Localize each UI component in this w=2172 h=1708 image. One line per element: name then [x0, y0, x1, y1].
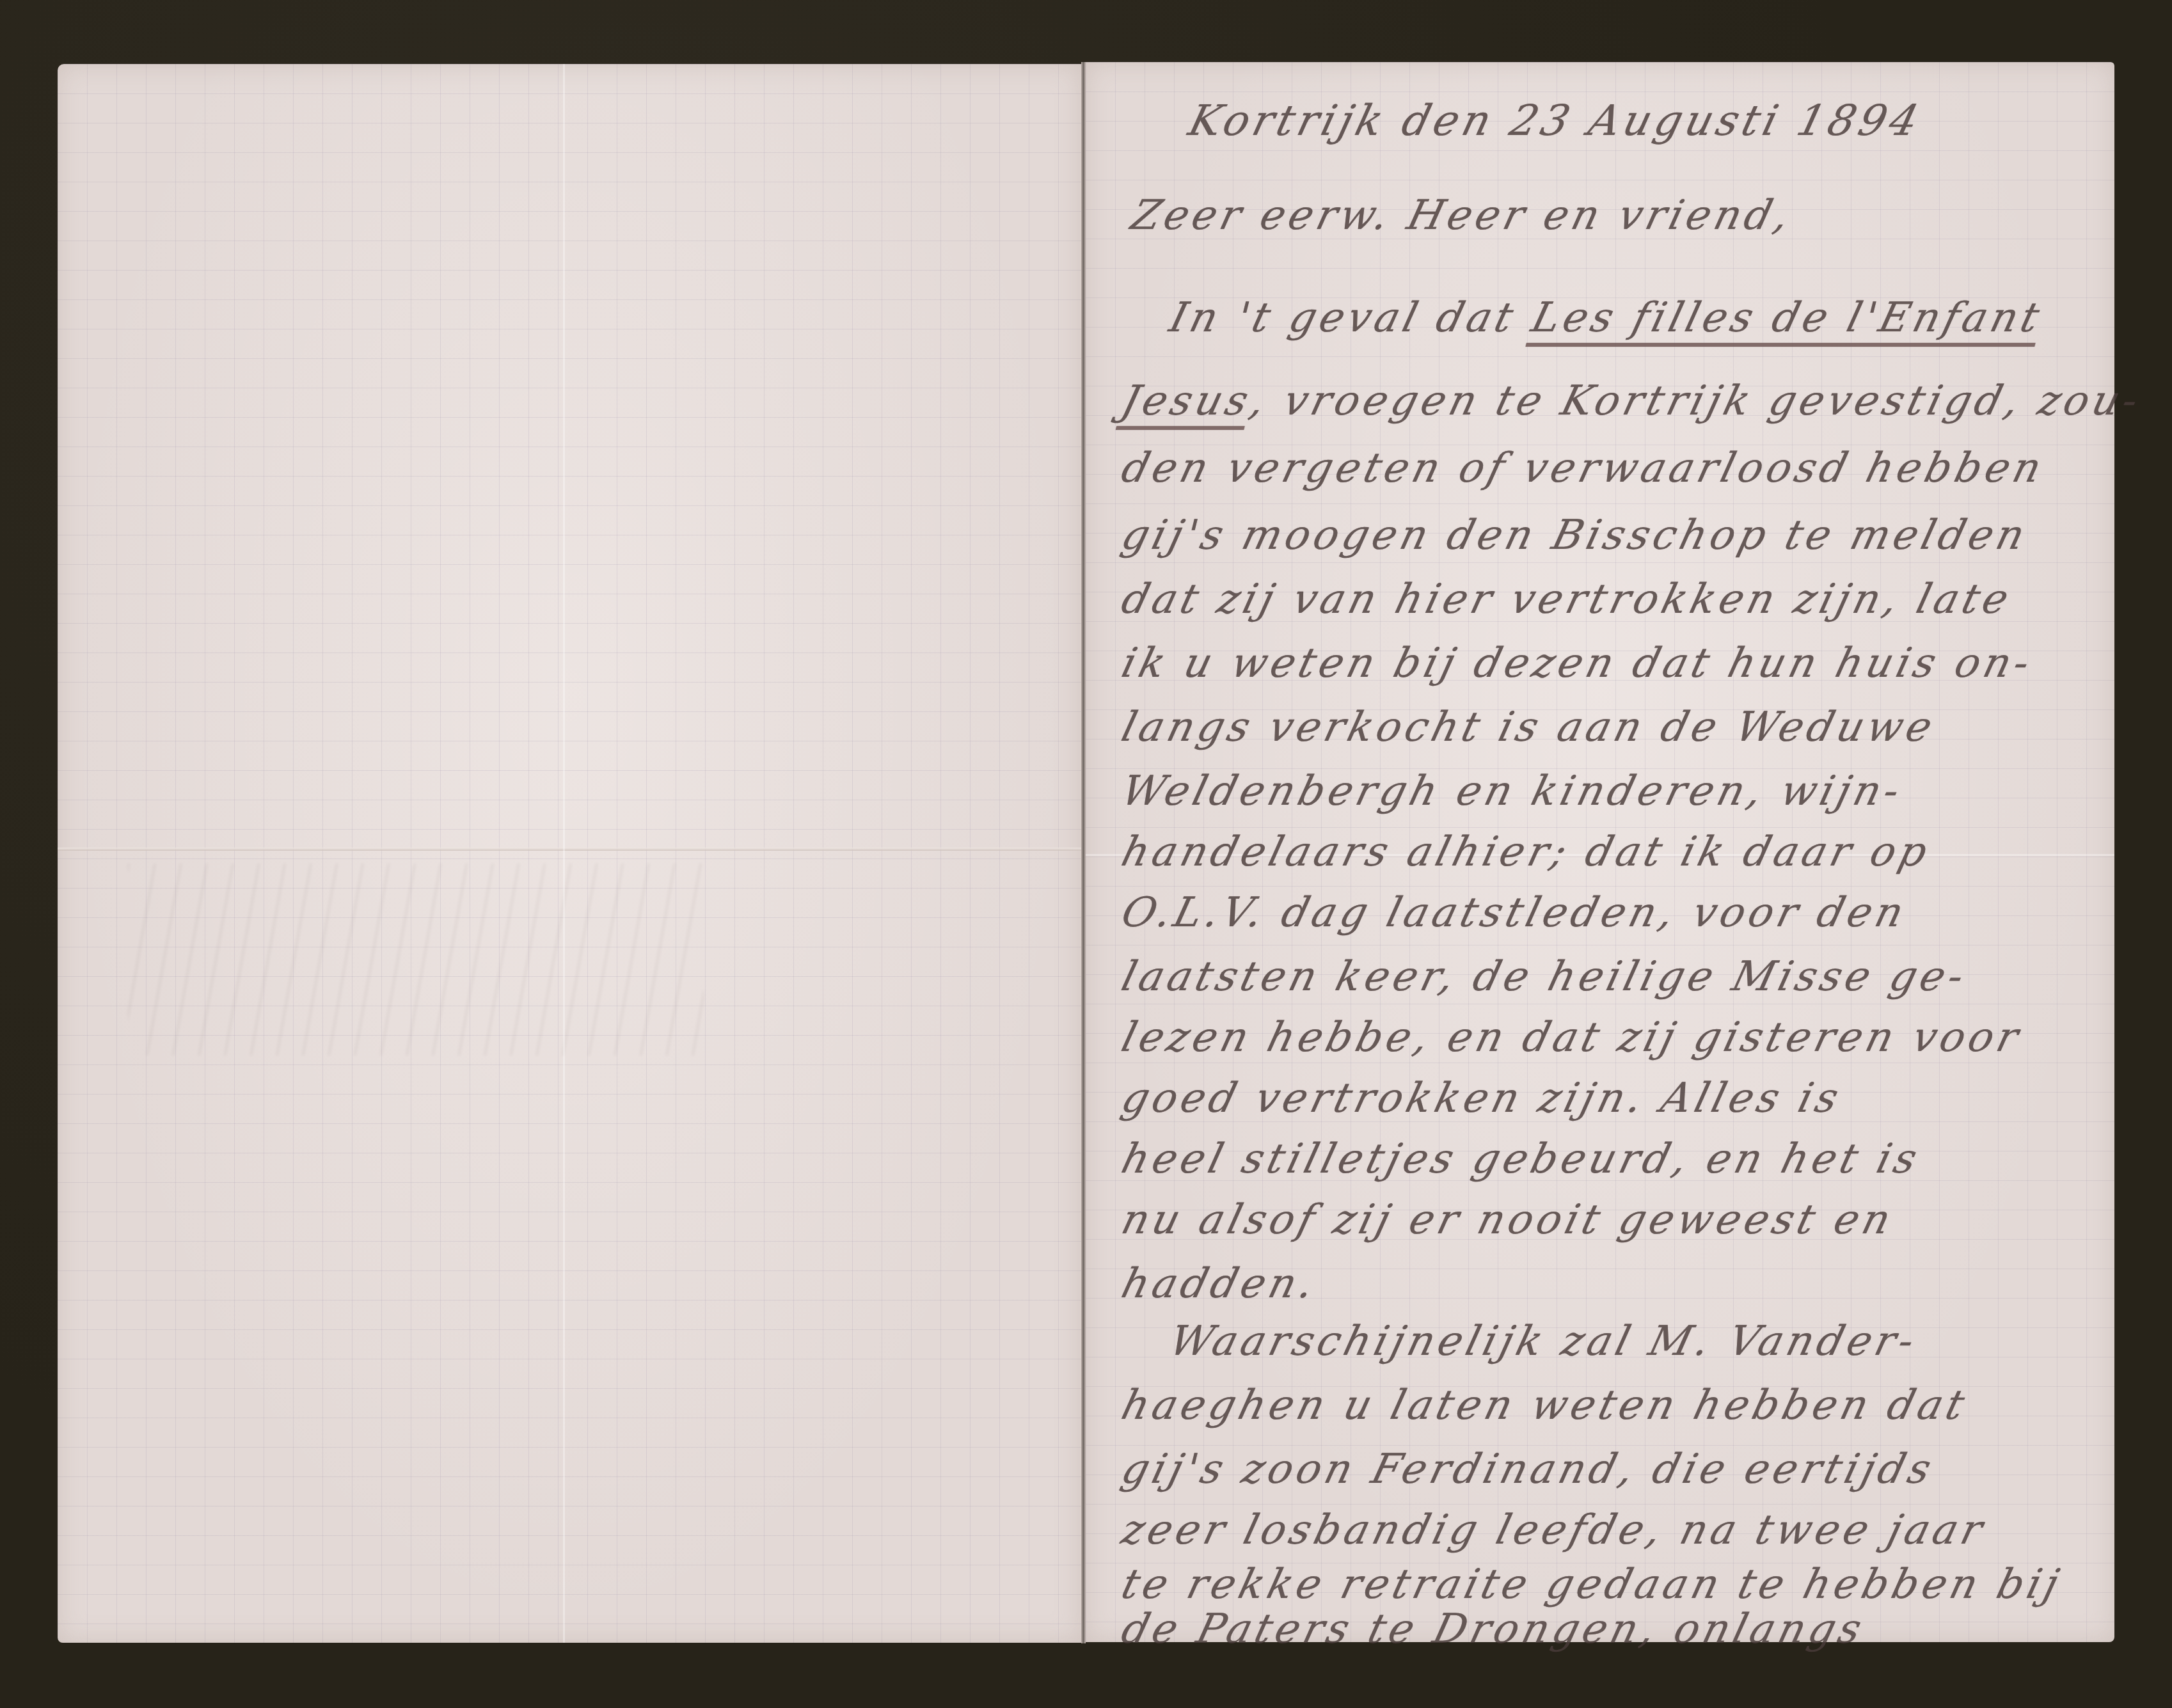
ink-bleed-through — [128, 864, 704, 1056]
letter-line: den vergeten of verwaarloosd hebben — [1117, 445, 2050, 492]
letter-line: gij's zoon Ferdinand, die eertijds — [1117, 1446, 1940, 1493]
letter-date-line: Kortrijk den 23 Augusti 1894 — [1184, 96, 1927, 145]
left-page-blank — [58, 64, 1081, 1643]
letter-line: lezen hebbe, en dat zij gisteren voor — [1117, 1014, 2027, 1061]
page-gutter — [1081, 62, 1086, 1643]
underlined-phrase: Jesus — [1117, 377, 1257, 425]
letter-line: laatsten keer, de heilige Misse ge- — [1117, 953, 1972, 1000]
letter-line: gij's moogen den Bisschop te melden — [1117, 512, 2033, 559]
underlined-phrase: Les filles de l'Enfant — [1526, 294, 2047, 342]
letter-line: O.L.V. dag laatstleden, voor den — [1117, 889, 1912, 937]
fold-crease-vertical — [563, 64, 565, 1643]
letter-line: nu alsof zij er nooit geweest en — [1117, 1196, 1899, 1244]
letter-line: hadden. — [1117, 1260, 1322, 1308]
letter-line: handelaars alhier; dat ik daar op — [1117, 828, 1936, 876]
letter-line: heel stilletjes gebeurd, en het is — [1117, 1135, 1926, 1183]
letter-line: de Paters te Drongen, onlangs — [1117, 1606, 1870, 1653]
letter-line: zeer losbandig leefde, na twee jaar — [1117, 1506, 1991, 1554]
letter-line: langs verkocht is aan de Weduwe — [1117, 704, 1941, 751]
fold-crease-left — [58, 848, 1081, 851]
letter-line: goed vertrokken zijn. Alles is — [1117, 1075, 1847, 1122]
letter-salutation: Zeer eerw. Heer en vriend, — [1127, 192, 1798, 239]
letter-line: haeghen u laten weten hebben dat — [1117, 1382, 1973, 1429]
letter-line: Waarschijnelijk zal M. Vander- — [1165, 1318, 1922, 1365]
letter-line: In 't geval dat Les filles de l'Enfant — [1165, 294, 2048, 342]
letter-line: te rekke retraite gedaan te hebben bij — [1117, 1561, 2067, 1608]
letter-line: Jesus, vroegen te Kortrijk gevestigd, zo… — [1117, 377, 2147, 425]
letter-line: Weldenbergh en kinderen, wijn- — [1117, 768, 1908, 815]
letter-line: ik u weten bij dezen dat hun huis on- — [1117, 640, 2038, 687]
letter-line: dat zij van hier vertrokken zijn, late — [1117, 576, 2017, 623]
